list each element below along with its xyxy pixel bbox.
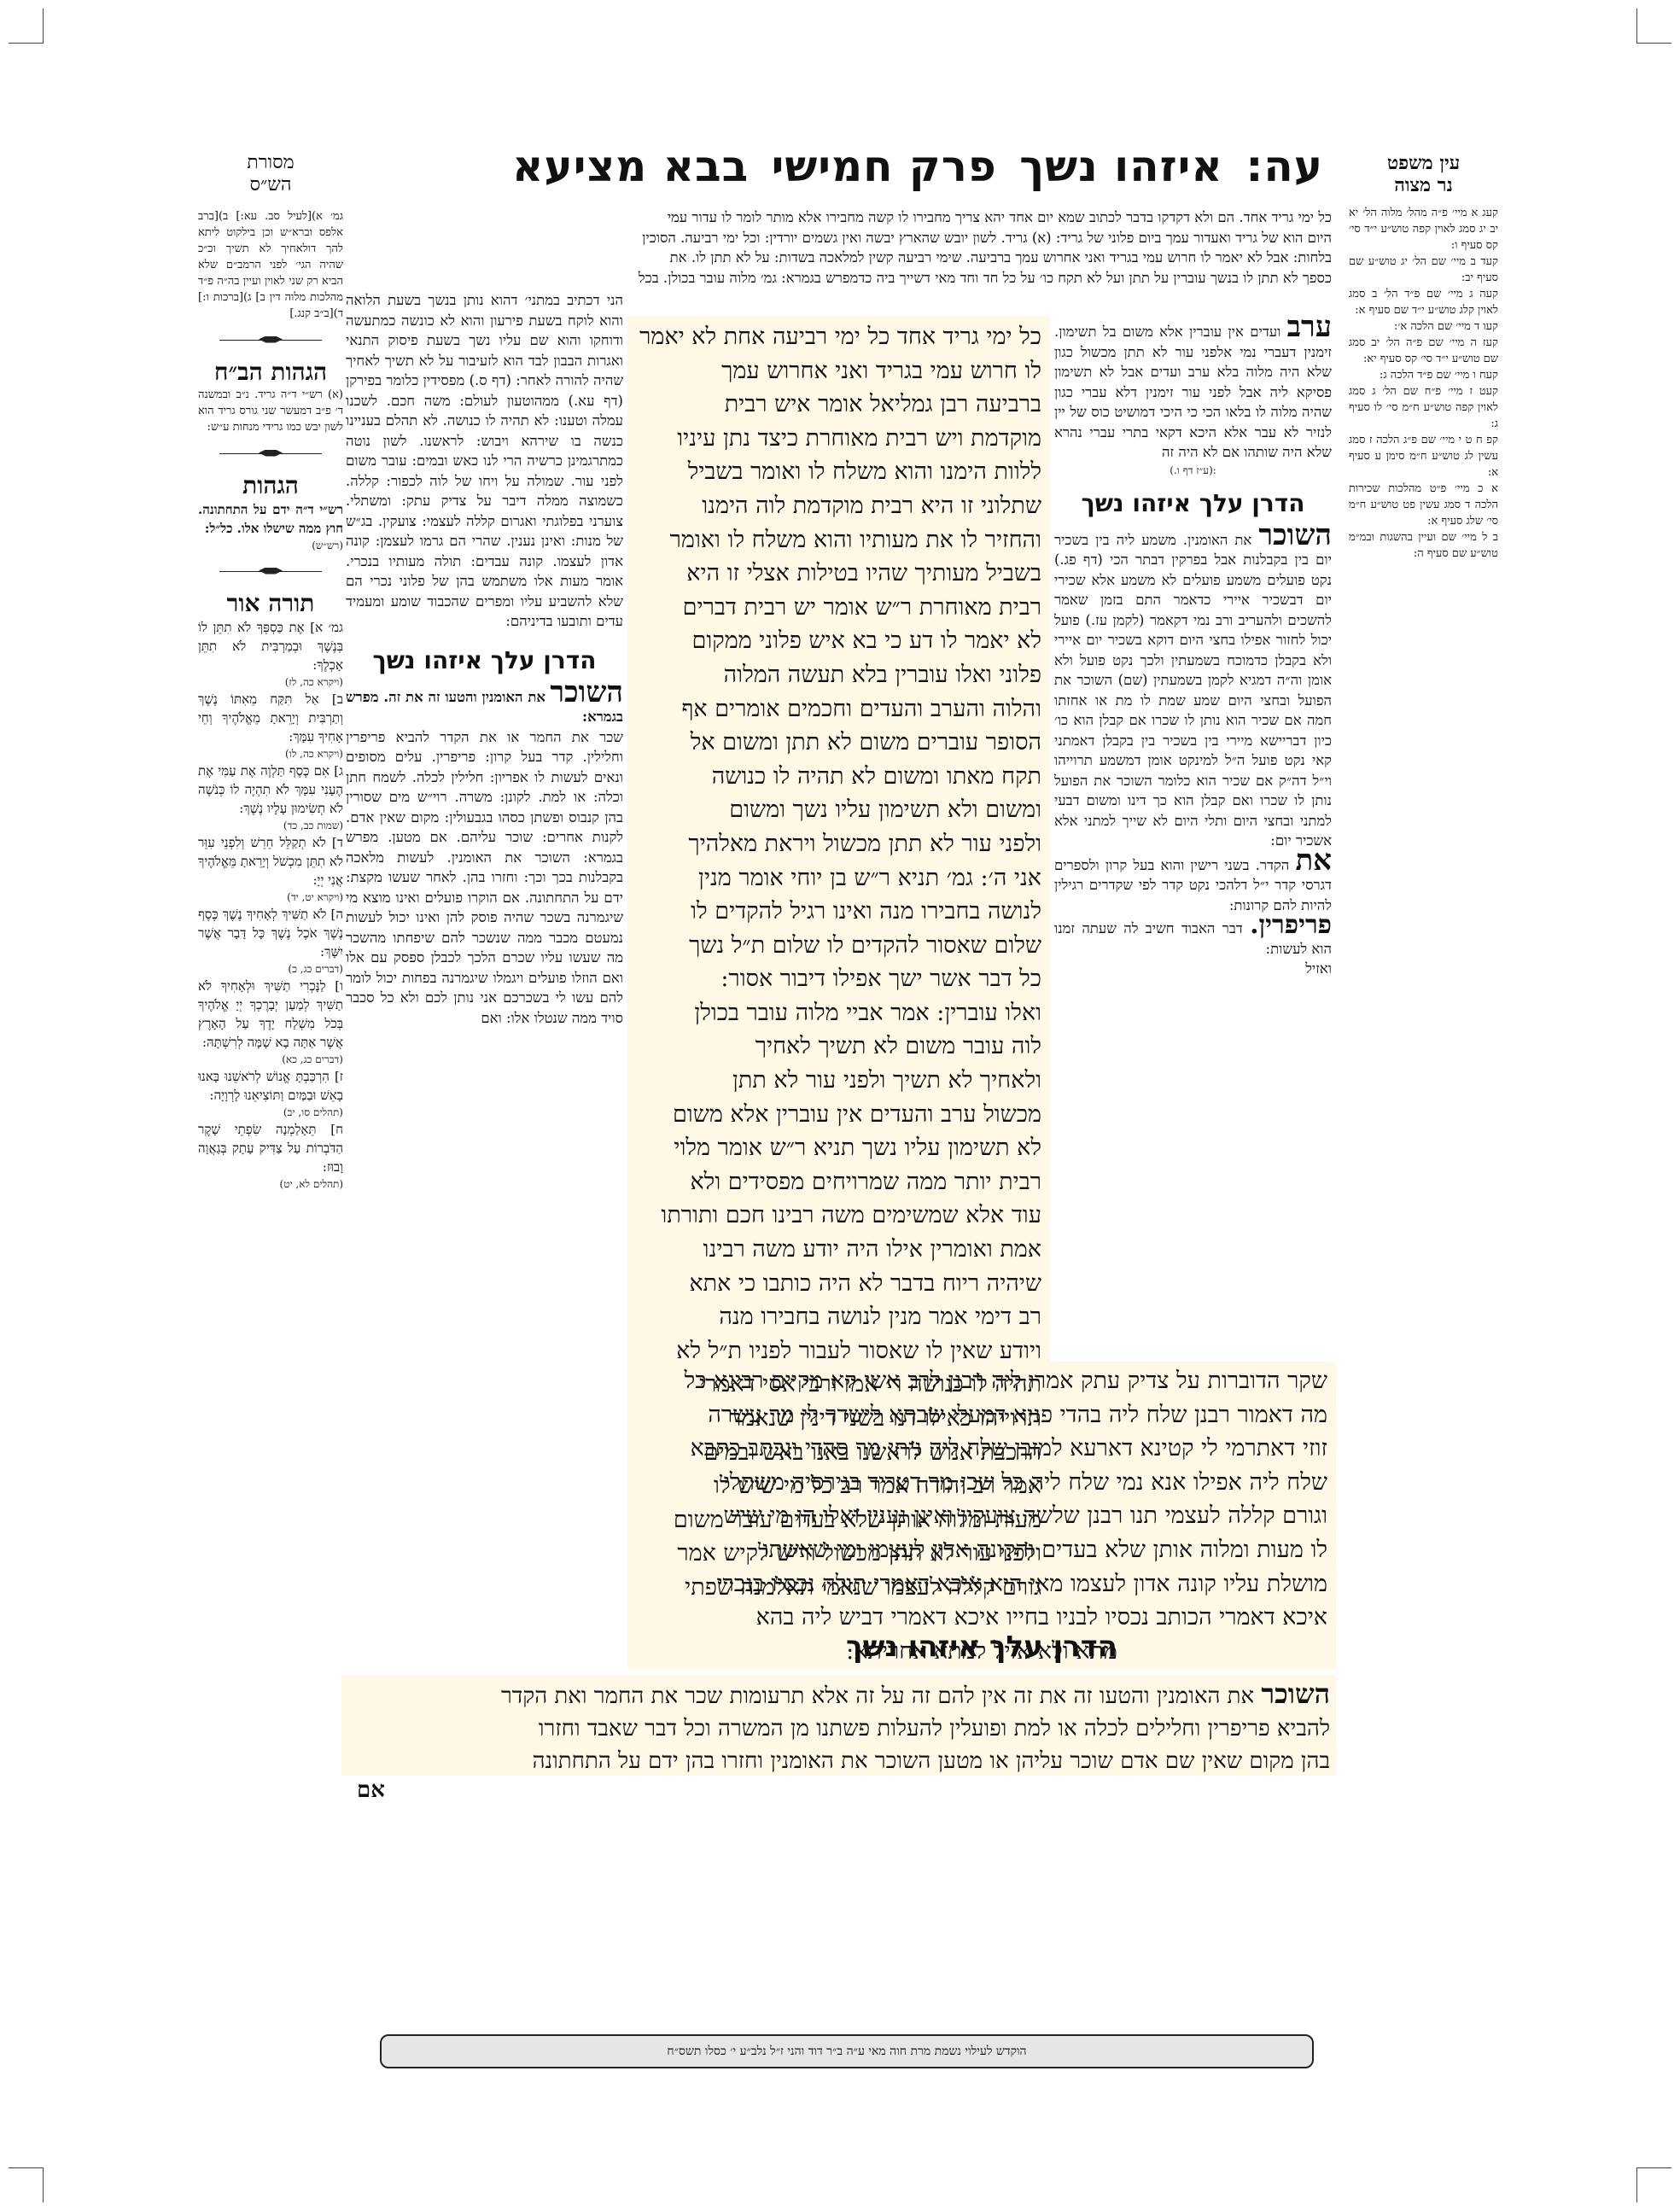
- rashi-column: הני דכתיב במתני׳ דהוא נותן בנשך בשעת הלו…: [346, 290, 623, 1028]
- mishnah-text: השוכר את האומנין והטעו זה את זה אין להם …: [348, 1677, 1330, 1777]
- gemara-line: ויודע שאין לו שאסור לעבור לפניו ת״ל לא: [636, 1334, 1041, 1368]
- mishnah-line: השוכר את האומנין והטעו זה את זה אין להם …: [348, 1677, 1330, 1712]
- torah-or-verse: ח] תֵּאָלַמְנָה שִׂפְתֵי שָׁקֶר הַדֹּבְר…: [198, 1120, 343, 1176]
- tosafot-entry: את הקדר. בשני רישין והוא בעל קרון ולספרי…: [1054, 851, 1332, 916]
- gemara-line: כל ימי גריד אחד כל ימי רביעה אחת לא יאמר: [636, 320, 1041, 354]
- rashi-text-bottom: שכר את החמר או את הקדר להביא פריפרין וחל…: [346, 727, 623, 1029]
- gemara-line: ולפני עור לא תתן מכשול ויראת מאלהיך: [636, 827, 1041, 861]
- ein-mishpat-title: עין משפט נר מצוה: [1349, 152, 1498, 196]
- gemara-line: לא יאמר לו דע כי בא איש פלוני ממקום: [636, 624, 1041, 658]
- gemara-line: אני ה׳: גמ׳ תניא ר״ש בן יוחי אומר מנין: [636, 861, 1041, 895]
- gemara-line: ללוות הימנו והוא משלח לו ואומר בשביל: [636, 455, 1041, 489]
- gemara-line: לוה עובר משום לא תשיך לאחיך: [636, 1030, 1041, 1064]
- ein-mishpat-entry: קעג א מיי׳ פ״ה מהל׳ מלוה הל׳ יא יב יג סמ…: [1349, 205, 1498, 254]
- tosafot-entry: השוכר את האומנין. משמע ליה בין בשכיר יום…: [1054, 526, 1332, 851]
- ein-mishpat-column: עין משפט נר מצוה קעג א מיי׳ פ״ה מהל׳ מלו…: [1349, 152, 1498, 562]
- mishnah-line: בהן מקום שאין שם אדם שוכר עליהן או מטען …: [348, 1745, 1330, 1777]
- ein-mishpat-entry: קעה ג מיי׳ שם פ״ד הל׳ ב סמג לאוין קלג טו…: [1349, 286, 1498, 318]
- tosafot-entry: פריפרין. דבר האבוד חשיב לה שעתה זמנו הוא…: [1054, 915, 1332, 959]
- masoret-hashas-title: מסורת הש״ס: [198, 152, 343, 196]
- ein-mishpat-entry: ב ל מיי׳ שם ועיין בהשגות ובמ״מ טוש״ע שם …: [1349, 529, 1498, 562]
- left-margin-column: מסורת הש״ס גמ׳ א)[לעיל סב. עא:] ב)[ברב א…: [198, 152, 343, 1192]
- ornament-divider: [198, 562, 343, 580]
- dedication-text: הוקדש לעילוי נשמת מרת חוה מאי ע״ה ב״ר דו…: [667, 2045, 1026, 2059]
- gemara-line: זוזי דאתרמי לי קטינא דארעא למזבן שלח ליה…: [636, 1432, 1327, 1466]
- torah-or-source: (תהלים לא, יט): [198, 1176, 343, 1192]
- tosafot-lead-word: השוכר: [1258, 518, 1332, 552]
- ein-mishpat-entry: קעט ז מיי׳ פ״ח שם הל׳ ג סמג לאוין קפה טו…: [1349, 383, 1498, 432]
- gemara-line: רבית מאוחרת ר״ש אומר יש רבית דברים: [636, 591, 1041, 625]
- crop-mark-top-left: [9, 9, 44, 44]
- rashi-text-top: הני דכתיב במתני׳ דהוא נותן בנשך בשעת הלו…: [346, 290, 623, 632]
- gemara-line: שקר הדוברות על צדיק עתק אמרו ליה רבנן לר…: [636, 1364, 1327, 1398]
- ein-mishpat-entry: קעח ו מיי׳ שם פ״ד הלכה ג:: [1349, 367, 1498, 383]
- torah-or-source: (ויקרא כה, לו): [198, 746, 343, 761]
- ein-mishpat-entries: קעג א מיי׳ פ״ה מהל׳ מלוה הל׳ יא יב יג סמ…: [1349, 205, 1498, 562]
- gemara-line: ולאחיך לא תשיך ולפני עור לא תתן: [636, 1064, 1041, 1098]
- torah-or-source: (ויקרא כה, לז): [198, 674, 343, 690]
- mishnah-lead-word: השוכר: [1261, 1677, 1330, 1710]
- gemara-line: ומשום ולא תשימון עליו נשך ומשום: [636, 793, 1041, 827]
- torah-or-verse: ג] אִם כֶּסֶף תַּלְוֶה אֶת עַמִּי אֶת הֶ…: [198, 761, 343, 818]
- ein-mishpat-entry: קעז ה מיי׳ שם פ״ה הל׳ יב סמג שם טוש״ע י״…: [1349, 335, 1498, 367]
- chapter-name: איזהו נשך: [1019, 142, 1223, 191]
- gemara-line: לנושה בחבירו מנה ואינו רגיל להקדים לו: [636, 895, 1041, 929]
- gemara-line: תקח מאתו ומשום לא תהיה לו כנושה: [636, 760, 1041, 794]
- torah-or-source: (דברים כג, כ): [198, 961, 343, 977]
- torah-or-verse: גמ׳ א] אֶת כַּסְפְּךָ לֹא תִתֵּן לוֹ בְּ…: [198, 618, 343, 674]
- ornament-divider: [198, 444, 343, 463]
- torah-or-source: (דברים כג, כא): [198, 1052, 343, 1067]
- tosafot-column: ערב ועדים אין עוברין אלא משום בל תשימון.…: [1054, 318, 1332, 979]
- hagahot-title: הגהות: [198, 471, 343, 500]
- torah-or-verse: ו] לַנָּכְרִי תַשִּׁיךְ וּלְאָחִיךָ לֹא …: [198, 977, 343, 1052]
- gemara-line: ואלו עוברין: אמר אביי מלוה עובר בכולן: [636, 996, 1041, 1030]
- top-commentary-line: כל ימי גריד אחד. הם ולא דקדקו בדבר לכתוב…: [346, 207, 1332, 228]
- hagahot-text: רש״י ד״ה ידם על התחתונה. חוץ ממה שישלו א…: [198, 500, 343, 538]
- tosafot-source: :(ע״ז דף ו.): [1054, 463, 1332, 478]
- gemara-line: עוד אלא שמשימים משה רבינו חכם ותורתו: [636, 1199, 1041, 1233]
- tosafot-hadran-heading: הדרן עלך איזהו נשך: [1054, 485, 1332, 522]
- gemara-line: בשביל מעותיך שהיו בטילות אצלי זו היא: [636, 557, 1041, 591]
- rashi-hadran-heading: הדרן עלך איזהו נשך: [346, 642, 623, 680]
- hagahot-source: (רש״ש): [198, 538, 343, 553]
- ein-mishpat-entry: קעד ב מיי׳ שם הל׳ יג טוש״ע שם סעיף יב:: [1349, 254, 1498, 286]
- torah-or-source: (ויקרא יט, יד): [198, 890, 343, 905]
- gemara-hadran-heading: הדרן עלך איזהו נשך: [627, 1626, 1336, 1667]
- gemara-line: והלוה והערב והעדים וחכמים אומרים אף: [636, 692, 1041, 726]
- tractate-name: בבא מציעא: [512, 142, 749, 191]
- torah-or-source: (שמות כב, כד): [198, 818, 343, 833]
- gemara-line: מוקדמת ויש רבית מאוחרת כיצד נתן עיניו: [636, 422, 1041, 456]
- gemara-line: שלום שאסור להקדים לו שלום ת״ל נשך: [636, 929, 1041, 963]
- gemara-line: מכשול ערב והעדים אין עוברין אלא משום: [636, 1098, 1041, 1132]
- tosafot-entry: ערב ועדים אין עוברין אלא משום בל תשימון.…: [1054, 318, 1332, 463]
- gemara-line: אמת ואומרין אילו היה יודע משה רבינו: [636, 1233, 1041, 1267]
- rashi-lead-word: השוכר: [550, 675, 623, 709]
- ornament-divider: [198, 330, 343, 349]
- hagahot-bach-text: (א) רש״י ד״ה גריד. נ״ב ובמשנה ד׳ פ״ב דמע…: [198, 387, 343, 435]
- gemara-line: מושלת עליו קונה אדון לעצמו מאי היא איכא …: [636, 1567, 1327, 1601]
- torah-or-verse: ז] הִרְכַּבְתָּ אֱנוֹשׁ לְרֹאשֵׁנוּ בָּא…: [198, 1067, 343, 1105]
- gemara-line: מה דאמור רבנן שלח ליה בהדי פניא דמעלי שב…: [636, 1398, 1327, 1432]
- gemara-line: פלוני ואלו עוברין בלא תעשה המלוה: [636, 658, 1041, 692]
- torah-or-entries: גמ׳ א] אֶת כַּסְפְּךָ לֹא תִתֵּן לוֹ בְּ…: [198, 618, 343, 1192]
- torah-or-source: (תהלים סו, יב): [198, 1105, 343, 1120]
- gemara-line: רב דימי אמר מנין לנושה בחבירו מנה: [636, 1300, 1041, 1334]
- gemara-line: שלח ליה אפילו אנא נמי שלח ליה כל שכן מר …: [636, 1466, 1327, 1500]
- top-commentary-line: היום הוא של גריד ואעדור עמך ביום פלוני ש…: [346, 228, 1332, 248]
- gemara-line: וגורם קללה לעצמי תנו רבנן שלשה צועקין וא…: [636, 1499, 1327, 1533]
- ein-mishpat-entry: קפ ח ט י מיי׳ שם פ״ג הלכה ז סמג עשין לג …: [1349, 432, 1498, 481]
- top-commentary-line: כספך לא תתן לו בנשך עוברין על תתן ועל לא…: [346, 268, 1332, 289]
- rashi-hashocher: השוכר את האומנין והטעו זה את זה. מפרש בג…: [346, 683, 623, 727]
- ein-mishpat-entry: קעו ד מיי׳ שם הלכה א׳:: [1349, 318, 1498, 335]
- ein-mishpat-entry: א כ מיי׳ פ״ט מהלכות שכירות הלכה ד סמג עש…: [1349, 481, 1498, 529]
- gemara-line: לו חרוש עמי בגריד ואני אחרוש עמך: [636, 354, 1041, 388]
- gemara-line: לו מעות ומלוה אותן שלא בעדים והקונה אדון…: [636, 1533, 1327, 1567]
- masoret-hashas-text: גמ׳ א)[לעיל סב. עא:] ב)[ברב אלפס וברא״ש …: [198, 208, 343, 322]
- top-commentary-line: בלחות: אבל לא יאמר לו חרוש עמי בגריד ואנ…: [346, 248, 1332, 268]
- gemara-line: הסופר עוברים משום לא תתן ומשום אל: [636, 726, 1041, 760]
- gemara-wide-text: שקר הדוברות על צדיק עתק אמרו ליה רבנן לר…: [636, 1364, 1327, 1668]
- tosafot-lead-word: את: [1295, 843, 1332, 878]
- torah-or-title: תורה אור: [198, 589, 343, 618]
- daf-number: עה:: [1245, 142, 1323, 191]
- gemara-line: רבית יותר ממה שמרויחים מפסידים ולא: [636, 1165, 1041, 1199]
- gemara-line: והחזיר לו את מעותיו והוא משלח לו ואומר: [636, 523, 1041, 557]
- torah-or-verse: ב] אַל תִּקַּח מֵאִתּוֹ נֶשֶׁךְ וְתַרְבִ…: [198, 690, 343, 746]
- gemara-line: שיהיה ריוח בדבר לא היה כותבו כי אתא: [636, 1267, 1041, 1301]
- perek-number: פרק חמישי: [772, 142, 997, 191]
- mishnah-line: להביא פריפרין וחלילים לכלה או למת ופועלי…: [348, 1712, 1330, 1745]
- top-commentary: כל ימי גריד אחד. הם ולא דקדקו בדבר לכתוב…: [346, 207, 1332, 288]
- page-header: עה: איזהו נשך פרק חמישי בבא מציעא: [512, 137, 1323, 196]
- crop-mark-top-right: [1636, 9, 1671, 44]
- gemara-line: ברביעה רבן גמליאל אומר איש רבית: [636, 388, 1041, 422]
- gemara-line: שתלוני זו היא רבית מוקדמת לוה הימנו: [636, 489, 1041, 523]
- torah-or-verse: ד] לֹא תְקַלֵּל חֵרֵשׁ וְלִפְנֵי עִוֵּר …: [198, 833, 343, 890]
- dedication-bar: הוקדש לעילוי נשמת מרת חוה מאי ע״ה ב״ר דו…: [380, 2034, 1314, 2068]
- hagahot-bach-title: הגהות הב״ח: [198, 358, 343, 387]
- tosafot-lead-word: פריפרין.: [1250, 910, 1332, 940]
- tosafot-catchword: ואזיל: [1054, 959, 1332, 979]
- crop-mark-bottom-right: [1636, 2167, 1671, 2202]
- gemara-line: לא תשימון עליו נשך תניא ר״ש אומר מלוי: [636, 1131, 1041, 1165]
- crop-mark-bottom-left: [9, 2167, 44, 2202]
- mishnah-catchword: אם: [357, 1777, 385, 1803]
- gemara-line: כל דבר אשר ישך אפילו דיבור אסור:: [636, 962, 1041, 996]
- torah-or-verse: ה] לֹא תַשִּׁיךְ לְאָחִיךָ נֶשֶׁךְ כֶּסֶ…: [198, 905, 343, 961]
- tosafot-lead-word: ערב: [1287, 310, 1332, 344]
